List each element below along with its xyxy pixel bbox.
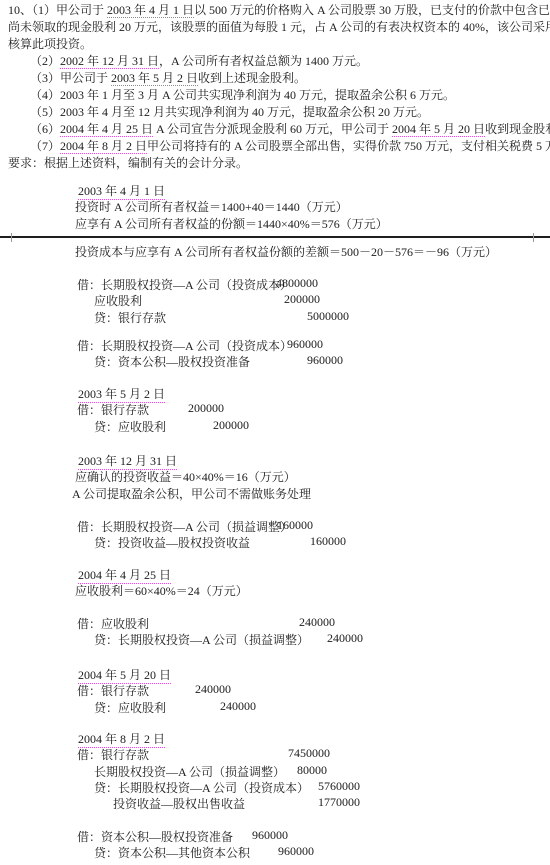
journal-entry-row: 贷：投资收益—股权投资收益160000: [0, 534, 550, 550]
solution-block: 2004 年 5 月 20 日借：银行存款240000贷：应收股利240000: [0, 666, 550, 719]
entry-date-heading: 2004 年 4 月 25 日: [0, 566, 550, 582]
account-label: 贷：长期股权投资—A 公司（投资成本）: [94, 779, 309, 796]
calculation-line: 投资时 A 公司所有者权益＝1400+40＝1440（万元）: [0, 198, 550, 214]
journal-entry-row: 贷：银行存款5000000: [0, 309, 550, 325]
journal-entry-row: 贷：应收股利200000: [0, 418, 550, 434]
amount-value: 4800000: [276, 276, 318, 291]
account-label: 贷：应收股利: [94, 418, 166, 435]
amount-value: 200000: [213, 418, 249, 433]
solution-block: 借：长期股权投资—A 公司（损益调整）160000贷：投资收益—股权投资收益16…: [0, 518, 550, 555]
account-label: 贷：资本公积—股权投资准备: [94, 353, 250, 370]
account-label: 贷：应收股利: [94, 699, 166, 716]
account-label: 借：银行存款: [77, 682, 149, 699]
solution-block: 2004 年 4 月 25 日应收股利＝60×40%＝24（万元）: [0, 566, 550, 603]
solution-block: 借：长期股权投资—A 公司（投资成本）4800000应收股利200000贷：银行…: [0, 276, 550, 329]
amount-value: 200000: [188, 401, 224, 416]
text-segment: 投资时 A 公司所有者权益＝1400+40＝1440（万元）: [75, 198, 348, 215]
account-label: 借：资本公积—股权投资准备: [77, 828, 233, 845]
solution-entries: 2003 年 4 月 1 日投资时 A 公司所有者权益＝1400+40＝1440…: [0, 0, 550, 865]
journal-entry-row: 借：银行存款200000: [0, 401, 550, 417]
journal-entry-row: 贷：长期股权投资—A 公司（损益调整）240000: [0, 631, 550, 647]
text-segment: 应享有 A 公司所有者权益的份额＝1440×40%＝576（万元）: [75, 215, 388, 232]
entry-date-heading: 2004 年 5 月 20 日: [0, 666, 550, 682]
account-label: 贷：资本公积—其他资本公积: [94, 844, 250, 861]
journal-entry-row: 借：长期股权投资—A 公司（投资成本）960000: [0, 337, 550, 353]
calculation-line: 应收股利＝60×40%＝24（万元）: [0, 582, 550, 598]
journal-entry-row: 借：应收股利240000: [0, 615, 550, 631]
entry-date-heading: 2004 年 8 月 2 日: [0, 730, 550, 746]
journal-entry-row: 借：银行存款7450000: [0, 746, 550, 762]
solution-block: 借：资本公积—股权投资准备960000贷：资本公积—其他资本公积960000: [0, 828, 550, 865]
entry-date-heading: 2003 年 5 月 2 日: [0, 385, 550, 401]
account-label: 贷：投资收益—股权投资收益: [94, 534, 250, 551]
account-label: 应收股利: [94, 292, 142, 309]
calculation-line: 应确认的投资收益＝40×40%＝16（万元）: [0, 468, 550, 484]
journal-entry-row: 借：资本公积—股权投资准备960000: [0, 828, 550, 844]
journal-entry-row: 贷：应收股利240000: [0, 699, 550, 715]
account-label: 借：长期股权投资—A 公司（损益调整）: [77, 518, 292, 535]
journal-entry-row: 借：银行存款240000: [0, 682, 550, 698]
text-segment: 应收股利＝60×40%＝24（万元）: [75, 582, 248, 599]
account-label: 借：应收股利: [77, 615, 149, 632]
amount-value: 160000: [277, 518, 313, 533]
journal-entry-row: 长期股权投资—A 公司（损益调整）80000: [0, 763, 550, 779]
journal-entry-row: 贷：资本公积—股权投资准备960000: [0, 353, 550, 369]
journal-entry-row: 投资收益—股权出售收益1770000: [0, 795, 550, 811]
account-label: 投资收益—股权出售收益: [113, 795, 245, 812]
text-segment: 投资成本与应享有 A 公司所有者权益份额的差额＝500－20－576＝－96（万…: [75, 243, 497, 260]
text-segment: A 公司提取盈余公积，甲公司不需做账务处理: [72, 485, 311, 502]
amount-value: 5760000: [318, 779, 360, 794]
amount-value: 200000: [284, 292, 320, 307]
amount-value: 160000: [310, 534, 346, 549]
amount-value: 240000: [327, 631, 363, 646]
amount-value: 7450000: [288, 746, 330, 761]
journal-entry-row: 贷：资本公积—其他资本公积960000: [0, 844, 550, 860]
account-label: 贷：长期股权投资—A 公司（损益调整）: [94, 631, 309, 648]
entry-date-heading: 2003 年 4 月 1 日: [0, 182, 550, 198]
account-label: 借：银行存款: [77, 401, 149, 418]
solution-block: 2004 年 8 月 2 日借：银行存款7450000长期股权投资—A 公司（损…: [0, 730, 550, 816]
amount-value: 960000: [287, 337, 323, 352]
solution-block: 2003 年 12 月 31 日应确认的投资收益＝40×40%＝16（万元）A …: [0, 452, 550, 505]
amount-value: 1770000: [318, 795, 360, 810]
amount-value: 240000: [195, 682, 231, 697]
journal-entry-row: 应收股利200000: [0, 292, 550, 308]
amount-value: 240000: [220, 699, 256, 714]
amount-value: 960000: [252, 828, 288, 843]
amount-value: 960000: [278, 844, 314, 859]
solution-block: 借：长期股权投资—A 公司（投资成本）960000贷：资本公积—股权投资准备96…: [0, 337, 550, 374]
document-page: 10、（1）甲公司于 2003 年 4 月 1 日以 500 万元的价格购入 A…: [0, 0, 550, 865]
solution-block: 借：应收股利240000贷：长期股权投资—A 公司（损益调整）240000: [0, 615, 550, 652]
solution-block: 投资成本与应享有 A 公司所有者权益份额的差额＝500－20－576＝－96（万…: [0, 243, 550, 263]
solution-block: 2003 年 4 月 1 日投资时 A 公司所有者权益＝1400+40＝1440…: [0, 182, 550, 235]
solution-block: 2003 年 5 月 2 日借：银行存款200000贷：应收股利200000: [0, 385, 550, 438]
account-label: 长期股权投资—A 公司（损益调整）: [94, 763, 285, 780]
calculation-line: 应享有 A 公司所有者权益的份额＝1440×40%＝576（万元）: [0, 215, 550, 231]
amount-value: 960000: [307, 353, 343, 368]
amount-value: 80000: [297, 763, 327, 778]
journal-entry-row: 借：长期股权投资—A 公司（损益调整）160000: [0, 518, 550, 534]
calculation-line: 投资成本与应享有 A 公司所有者权益份额的差额＝500－20－576＝－96（万…: [0, 243, 550, 259]
amount-value: 5000000: [307, 309, 349, 324]
journal-entry-row: 借：长期股权投资—A 公司（投资成本）4800000: [0, 276, 550, 292]
entry-date-heading: 2003 年 12 月 31 日: [0, 452, 550, 468]
account-label: 借：长期股权投资—A 公司（投资成本）: [77, 337, 292, 354]
account-label: 贷：银行存款: [94, 309, 166, 326]
amount-value: 240000: [299, 615, 335, 630]
text-segment: 应确认的投资收益＝40×40%＝16（万元）: [75, 468, 296, 485]
calculation-line: A 公司提取盈余公积，甲公司不需做账务处理: [0, 485, 550, 501]
account-label: 借：银行存款: [77, 746, 149, 763]
account-label: 借：长期股权投资—A 公司（投资成本）: [77, 276, 292, 293]
journal-entry-row: 贷：长期股权投资—A 公司（投资成本）5760000: [0, 779, 550, 795]
